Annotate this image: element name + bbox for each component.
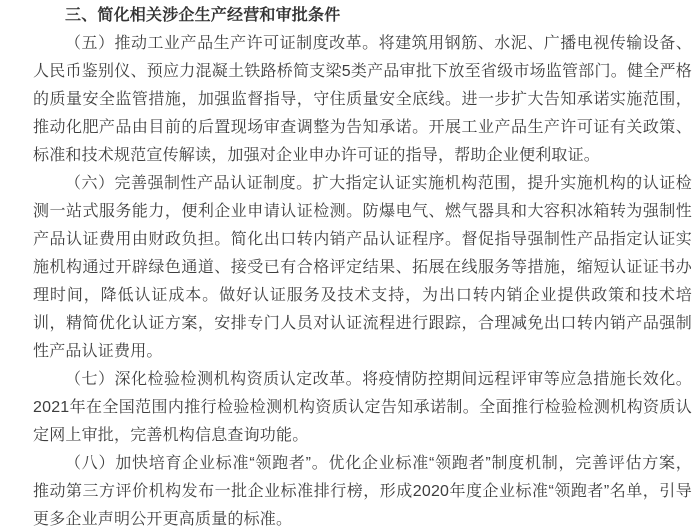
text-line: 推动化肥产品由目前的后置现场审查调整为告知承诺。开展工业产品生产许可证有关政策、 bbox=[33, 114, 692, 142]
text-line: 三、简化相关涉企生产经营和审批条件 bbox=[33, 2, 692, 30]
paragraph: （七）深化检验检测机构资质认定改革。将疫情防控期间远程评审等应急措施长效化。20… bbox=[33, 366, 692, 450]
text-line: 性产品认证费用。 bbox=[33, 338, 692, 366]
section-heading: 三、简化相关涉企生产经营和审批条件 bbox=[33, 2, 692, 30]
text-line: 推动第三方评价机构发布一批企业标准排行榜，形成2020年度企业标准“领跑者”名单… bbox=[33, 478, 692, 506]
paragraph: （六）完善强制性产品认证制度。扩大指定认证实施机构范围，提升实施机构的认证检测一… bbox=[33, 170, 692, 366]
text-line: （八）加快培育企业标准“领跑者”。优化企业标准“领跑者”制度机制，完善评估方案， bbox=[33, 450, 692, 478]
text-line: 施机构通过开辟绿色通道、接受已有合格评定结果、拓展在线服务等措施，缩短认证证书办 bbox=[33, 254, 692, 282]
text-line: （七）深化检验检测机构资质认定改革。将疫情防控期间远程评审等应急措施长效化。 bbox=[33, 366, 692, 394]
text-line: 人民币鉴别仪、预应力混凝土铁路桥简支梁5类产品审批下放至省级市场监管部门。健全严… bbox=[33, 58, 692, 86]
text-line: 2021年在全国范围内推行检验检测机构资质认定告知承诺制。全面推行检验检测机构资… bbox=[33, 394, 692, 422]
text-line: 测一站式服务能力，便利企业申请认证检测。防爆电气、燃气器具和大容积冰箱转为强制性 bbox=[33, 198, 692, 226]
paragraph: （八）加快培育企业标准“领跑者”。优化企业标准“领跑者”制度机制，完善评估方案，… bbox=[33, 450, 692, 532]
text-line: 标准和技术规范宣传解读，加强对企业申办许可证的指导，帮助企业便利取证。 bbox=[33, 142, 692, 170]
text-line: 产品认证费用由财政负担。简化出口转内销产品认证程序。督促指导强制性产品指定认证实 bbox=[33, 226, 692, 254]
paragraph: （五）推动工业产品生产许可证制度改革。将建筑用钢筋、水泥、广播电视传输设备、人民… bbox=[33, 30, 692, 170]
document-body: 三、简化相关涉企生产经营和审批条件（五）推动工业产品生产许可证制度改革。将建筑用… bbox=[33, 2, 692, 532]
text-line: （六）完善强制性产品认证制度。扩大指定认证实施机构范围，提升实施机构的认证检 bbox=[33, 170, 692, 198]
text-line: 的质量安全监管措施，加强监督指导，守住质量安全底线。进一步扩大告知承诺实施范围， bbox=[33, 86, 692, 114]
text-line: 理时间，降低认证成本。做好认证服务及技术支持，为出口转内销企业提供政策和技术培 bbox=[33, 282, 692, 310]
text-line: 定网上审批，完善机构信息查询功能。 bbox=[33, 422, 692, 450]
text-line: （五）推动工业产品生产许可证制度改革。将建筑用钢筋、水泥、广播电视传输设备、 bbox=[33, 30, 692, 58]
text-line: 训，精简优化认证方案，安排专门人员对认证流程进行跟踪，合理减免出口转内销产品强制 bbox=[33, 310, 692, 338]
text-line: 更多企业声明公开更高质量的标准。 bbox=[33, 506, 692, 532]
